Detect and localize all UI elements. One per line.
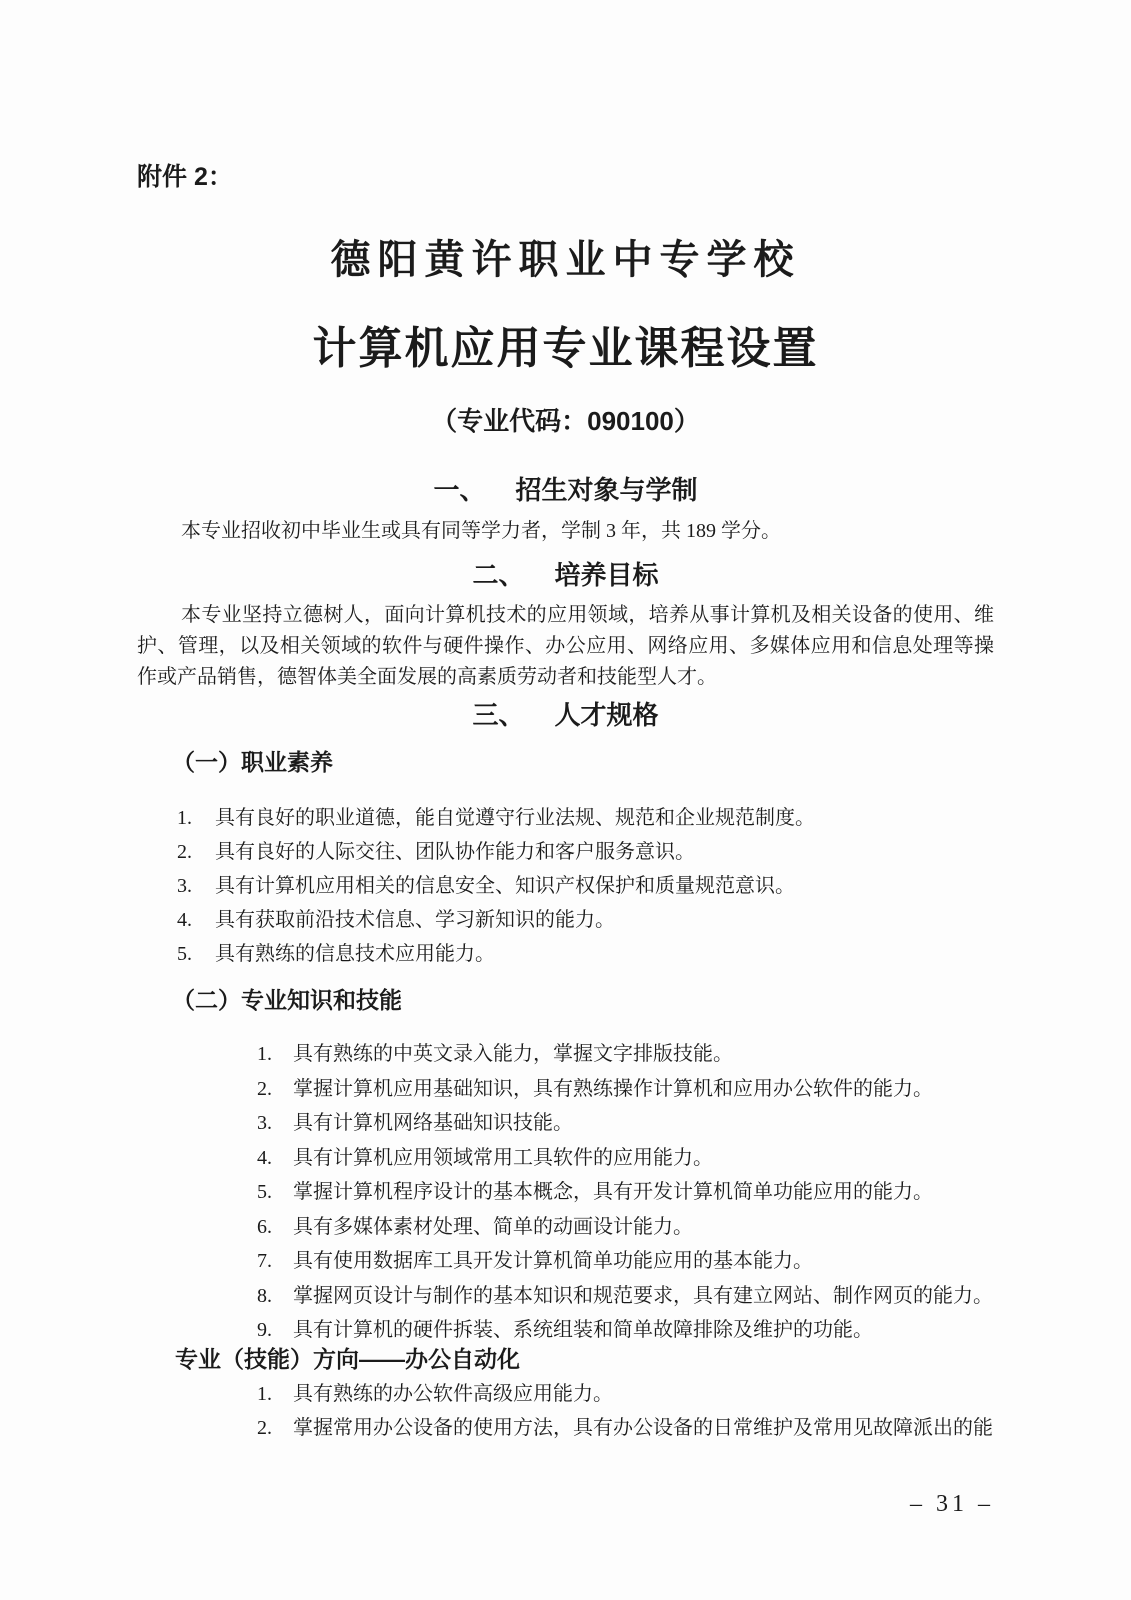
item-number: 1. xyxy=(177,801,215,835)
item-number: 2. xyxy=(257,1411,293,1446)
item-text: 具有计算机网络基础知识技能。 xyxy=(293,1112,573,1134)
item-text: 掌握计算机程序设计的基本概念，具有开发计算机简单功能应用的能力。 xyxy=(293,1181,933,1203)
item-number: 8. xyxy=(257,1279,293,1314)
list-item: 1.具有熟练的办公软件高级应用能力。 xyxy=(137,1377,994,1412)
item-text: 具有良好的人际交往、团队协作能力和客户服务意识。 xyxy=(215,841,695,863)
subsection-heading-1: （一）职业素养 xyxy=(137,747,994,777)
item-number: 9. xyxy=(257,1313,293,1348)
section-heading-2: 二、培养目标 xyxy=(137,559,994,591)
attachment-label: 附件 2： xyxy=(137,0,994,192)
item-number: 3. xyxy=(257,1106,293,1141)
list-item: 5.掌握计算机程序设计的基本概念，具有开发计算机简单功能应用的能力。 xyxy=(137,1175,994,1210)
item-text: 具有熟练的信息技术应用能力。 xyxy=(215,943,495,965)
item-number: 4. xyxy=(177,903,215,937)
doc-title: 计算机应用专业课程设置 xyxy=(137,322,994,376)
list-item: 4.具有获取前沿技术信息、学习新知识的能力。 xyxy=(137,903,994,937)
direction-list: 1.具有熟练的办公软件高级应用能力。 2.掌握常用办公设备的使用方法，具有办公设… xyxy=(137,1377,994,1446)
item-text: 掌握网页设计与制作的基本知识和规范要求，具有建立网站、制作网页的能力。 xyxy=(293,1285,993,1307)
item-text: 掌握常用办公设备的使用方法，具有办公设备的日常维护及常用见故障派出的能 xyxy=(293,1417,993,1439)
section-number: 一、 xyxy=(433,475,485,505)
item-number: 5. xyxy=(257,1175,293,1210)
list-item: 3.具有计算机网络基础知识技能。 xyxy=(137,1106,994,1141)
item-text: 具有多媒体素材处理、简单的动画设计能力。 xyxy=(293,1216,693,1238)
skill-direction-heading: 专业（技能）方向——办公自动化 xyxy=(137,1344,994,1374)
section-title: 招生对象与学制 xyxy=(516,475,698,505)
quality-list: 1.具有良好的职业道德，能自觉遵守行业法规、规范和企业规范制度。 2.具有良好的… xyxy=(137,801,994,971)
intro-paragraph: 本专业招收初中毕业生或具有同等学力者，学制 3 年，共 189 学分。 xyxy=(137,516,994,547)
document-page: 附件 2： 德阳黄许职业中专学校 计算机应用专业课程设置 （专业代码：09010… xyxy=(0,0,1131,1600)
subsection-heading-2: （二）专业知识和技能 xyxy=(137,985,994,1015)
item-number: 4. xyxy=(257,1141,293,1176)
item-text: 具有熟练的办公软件高级应用能力。 xyxy=(293,1383,613,1405)
item-number: 3. xyxy=(177,869,215,903)
item-number: 1. xyxy=(257,1377,293,1412)
major-code: （专业代码：090100） xyxy=(137,404,994,438)
list-item: 3.具有计算机应用相关的信息安全、知识产权保护和质量规范意识。 xyxy=(137,869,994,903)
section-number: 三、 xyxy=(472,700,524,730)
item-text: 具有计算机的硬件拆装、系统组装和简单故障排除及维护的功能。 xyxy=(293,1319,873,1341)
list-item: 9.具有计算机的硬件拆装、系统组装和简单故障排除及维护的功能。 xyxy=(137,1313,994,1348)
document-content: 附件 2： 德阳黄许职业中专学校 计算机应用专业课程设置 （专业代码：09010… xyxy=(0,0,1131,1446)
section-title: 培养目标 xyxy=(555,560,659,590)
list-item: 2.掌握常用办公设备的使用方法，具有办公设备的日常维护及常用见故障派出的能 xyxy=(137,1411,994,1446)
list-item: 4.具有计算机应用领域常用工具软件的应用能力。 xyxy=(137,1141,994,1176)
section-heading-1: 一、招生对象与学制 xyxy=(137,474,994,506)
item-number: 1. xyxy=(257,1037,293,1072)
item-text: 具有良好的职业道德，能自觉遵守行业法规、规范和企业规范制度。 xyxy=(215,807,815,829)
list-item: 1.具有熟练的中英文录入能力，掌握文字排版技能。 xyxy=(137,1037,994,1072)
list-item: 2.具有良好的人际交往、团队协作能力和客户服务意识。 xyxy=(137,835,994,869)
list-item: 1.具有良好的职业道德，能自觉遵守行业法规、规范和企业规范制度。 xyxy=(137,801,994,835)
item-number: 2. xyxy=(177,835,215,869)
list-item: 6.具有多媒体素材处理、简单的动画设计能力。 xyxy=(137,1210,994,1245)
item-text: 掌握计算机应用基础知识，具有熟练操作计算机和应用办公软件的能力。 xyxy=(293,1078,933,1100)
item-number: 5. xyxy=(177,937,215,971)
goal-paragraph: 本专业坚持立德树人，面向计算机技术的应用领域，培养从事计算机及相关设备的使用、维… xyxy=(137,600,994,693)
item-text: 具有获取前沿技术信息、学习新知识的能力。 xyxy=(215,909,615,931)
item-text: 具有熟练的中英文录入能力，掌握文字排版技能。 xyxy=(293,1043,733,1065)
list-item: 2.掌握计算机应用基础知识，具有熟练操作计算机和应用办公软件的能力。 xyxy=(137,1072,994,1107)
section-title: 人才规格 xyxy=(555,700,659,730)
item-text: 具有计算机应用领域常用工具软件的应用能力。 xyxy=(293,1147,713,1169)
skills-list: 1.具有熟练的中英文录入能力，掌握文字排版技能。 2.掌握计算机应用基础知识，具… xyxy=(137,1037,994,1348)
item-number: 7. xyxy=(257,1244,293,1279)
list-item: 8.掌握网页设计与制作的基本知识和规范要求，具有建立网站、制作网页的能力。 xyxy=(137,1279,994,1314)
list-item: 5.具有熟练的信息技术应用能力。 xyxy=(137,937,994,971)
section-number: 二、 xyxy=(472,560,524,590)
list-item: 7.具有使用数据库工具开发计算机简单功能应用的基本能力。 xyxy=(137,1244,994,1279)
item-number: 6. xyxy=(257,1210,293,1245)
item-text: 具有计算机应用相关的信息安全、知识产权保护和质量规范意识。 xyxy=(215,875,795,897)
item-text: 具有使用数据库工具开发计算机简单功能应用的基本能力。 xyxy=(293,1250,813,1272)
page-number: – 31 – xyxy=(910,1490,994,1518)
school-name: 德阳黄许职业中专学校 xyxy=(137,236,994,284)
item-number: 2. xyxy=(257,1072,293,1107)
section-heading-3: 三、人才规格 xyxy=(137,699,994,731)
